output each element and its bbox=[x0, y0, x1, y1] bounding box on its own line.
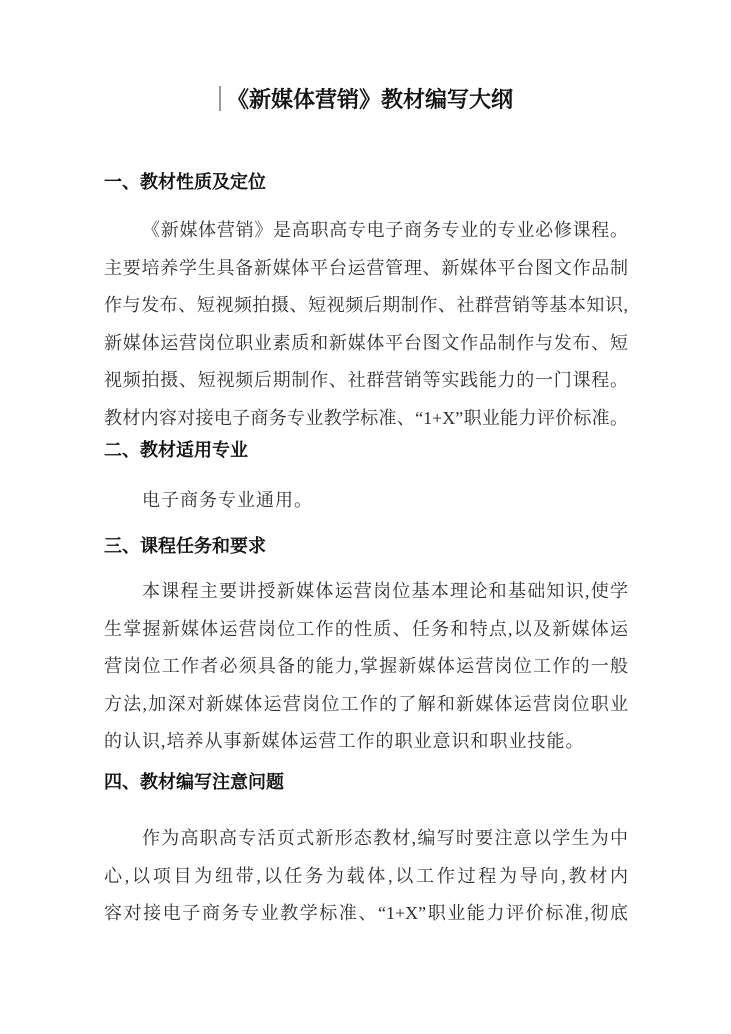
paragraph-line: 营岗位工作者必须具备的能力,掌握新媒体运营岗位工作的一般 bbox=[104, 648, 628, 686]
paragraph-line: 《新媒体营销》是高职高专电子商务专业的专业必修课程。 bbox=[104, 212, 628, 250]
paragraph-line: 视频拍摄、短视频后期制作、社群营销等实践能力的一门课程。 bbox=[104, 362, 628, 400]
paragraph-line: 的认识,培养从事新媒体运营工作的职业意识和职业技能。 bbox=[104, 723, 628, 761]
paragraph-line: 生掌握新媒体运营岗位工作的性质、任务和特点,以及新媒体运 bbox=[104, 611, 628, 649]
paragraph-line: 主要培养学生具备新媒体平台运营管理、新媒体平台图文作品制 bbox=[104, 250, 628, 288]
paragraph-line: 作与发布、短视频拍摄、短视频后期制作、社群营销等基本知识, bbox=[104, 287, 628, 325]
paragraph-line: 教材内容对接电子商务专业教学标准、“1+X”职业能力评价标准。 bbox=[104, 400, 628, 438]
text-cursor-caret bbox=[219, 86, 221, 111]
title-row: 《新媒体营销》教材编写大纲 bbox=[104, 84, 628, 116]
paragraph-line: 容对接电子商务专业教学标准、“1+X”职业能力评价标准,彻底 bbox=[104, 895, 628, 933]
paragraph-line: 心,以项目为纽带,以任务为载体,以工作过程为导向,教材内 bbox=[104, 858, 628, 896]
paragraph-line: 本课程主要讲授新媒体运营岗位基本理论和基础知识,使学 bbox=[104, 573, 628, 611]
paragraph-line: 作为高职高专活页式新形态教材,编写时要注意以学生为中 bbox=[104, 820, 628, 858]
section-heading: 一、教材性质及定位 bbox=[104, 169, 628, 195]
document-title: 《新媒体营销》教材编写大纲 bbox=[227, 87, 513, 112]
document-page: 《新媒体营销》教材编写大纲 一、教材性质及定位《新媒体营销》是高职高专电子商务专… bbox=[0, 0, 731, 1034]
paragraph-line: 电子商务专业通用。 bbox=[104, 482, 628, 520]
section-heading: 二、教材适用专业 bbox=[104, 437, 628, 463]
section-heading: 四、教材编写注意问题 bbox=[104, 769, 628, 795]
section-heading: 三、课程任务和要求 bbox=[104, 533, 628, 559]
paragraph-line: 方法,加深对新媒体运营岗位工作的了解和新媒体运营岗位职业 bbox=[104, 686, 628, 724]
paragraph-line: 新媒体运营岗位职业素质和新媒体平台图文作品制作与发布、短 bbox=[104, 325, 628, 363]
